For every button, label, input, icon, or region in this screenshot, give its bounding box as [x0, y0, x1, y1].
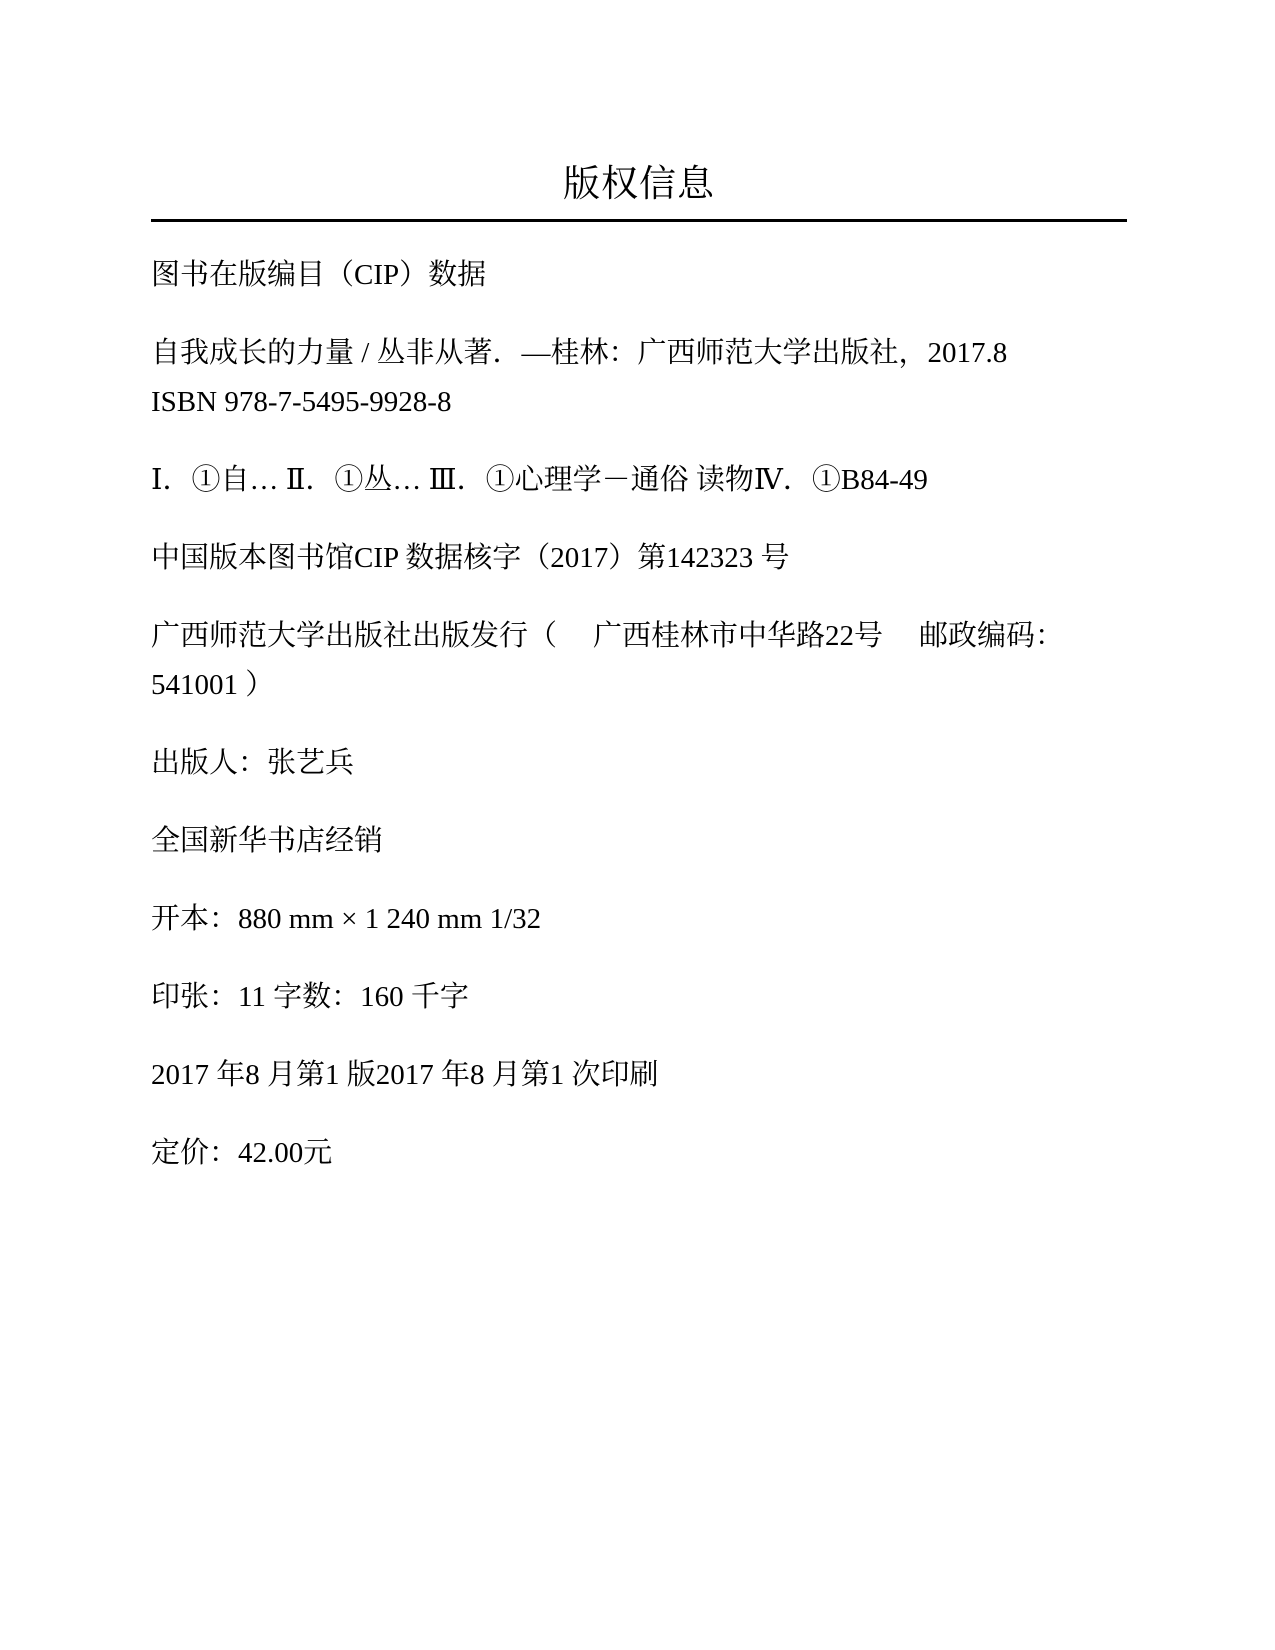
cip-heading: 图书在版编目（CIP）数据: [151, 251, 1127, 300]
bibliographic-entry: 自我成长的力量 / 丛非从著．—桂林：广西师范大学出版社，2017.8: [151, 329, 1127, 378]
publisher-person: 出版人：张艺兵: [151, 739, 1127, 788]
price: 定价：42.00元: [151, 1129, 1127, 1178]
page-title: 版权信息: [151, 163, 1127, 207]
publisher-address: 广西桂林市中华路22号: [593, 620, 883, 652]
publisher-name: 广西师范大学出版社出版发行（: [151, 620, 557, 652]
distributor: 全国新华书店经销: [151, 817, 1127, 866]
title-divider: [151, 219, 1127, 222]
edition-info: 2017 年8 月第1 版2017 年8 月第1 次印刷: [151, 1051, 1127, 1100]
postal-code-label: 邮政编码：: [919, 620, 1064, 652]
publisher-address-line: 广西师范大学出版社出版发行（广西桂林市中华路22号邮政编码：: [151, 612, 1127, 661]
classification-line: Ⅰ．①自… Ⅱ．①丛… Ⅲ．①心理学－通俗 读物Ⅳ．①B84-49: [151, 456, 1127, 505]
book-format: 开本：880 mm × 1 240 mm 1/32: [151, 895, 1127, 944]
isbn: ISBN 978-7-5495-9928-8: [151, 378, 1127, 427]
sheets-and-word-count: 印张：11 字数：160 千字: [151, 973, 1127, 1022]
postal-code: 541001 ）: [151, 661, 1127, 710]
cip-verification-number: 中国版本图书馆CIP 数据核字（2017）第142323 号: [151, 534, 1127, 583]
